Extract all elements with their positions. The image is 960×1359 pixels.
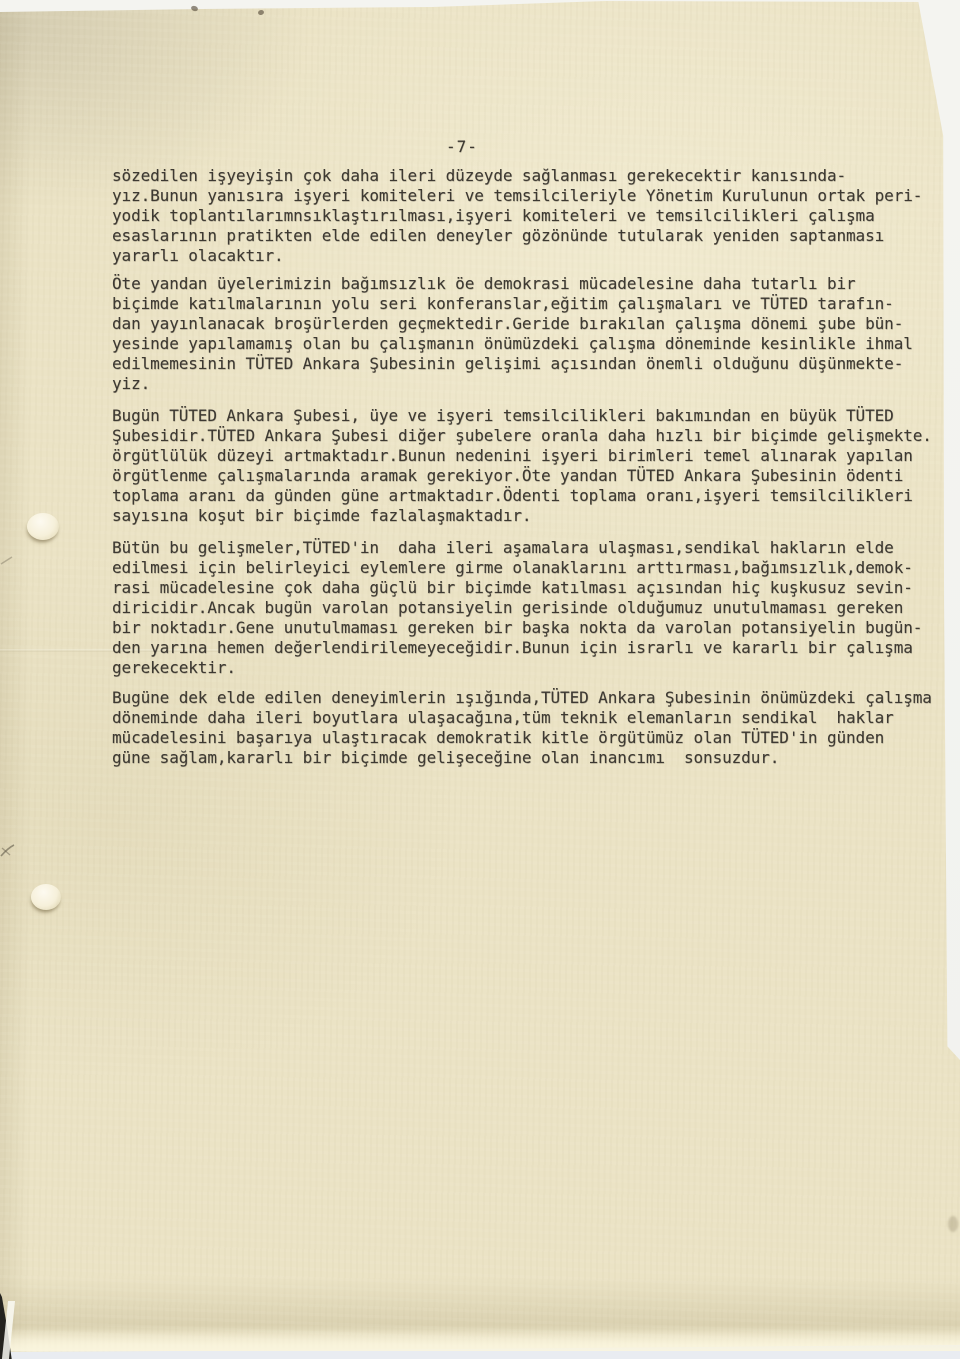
paragraph-3: Bugün TÜTED Ankara Şubesi, üye ve işyeri…	[112, 406, 952, 526]
scanned-page: -7- sözedilen işyeyişin çok daha ileri d…	[0, 0, 960, 1359]
paper-smudge	[948, 1216, 958, 1232]
page-number: -7-	[446, 138, 478, 156]
scanner-background-bottom	[0, 1341, 960, 1359]
paragraph-5: Bugüne dek elde edilen deneyimlerin ışığ…	[112, 688, 952, 768]
paragraph-2: Öte yandan üyelerimizin bağımsızlık öe d…	[112, 274, 952, 394]
paper-speck	[257, 9, 264, 15]
pen-mark	[0, 840, 20, 864]
document-body: sözedilen işyeyişin çok daha ileri düzey…	[112, 166, 952, 768]
pen-mark	[0, 552, 16, 568]
paper-bump-hole	[31, 884, 61, 910]
paragraph-1: sözedilen işyeyişin çok daha ileri düzey…	[112, 166, 952, 266]
paper-bump-hole	[27, 513, 59, 540]
scanner-background-top	[0, 0, 960, 14]
paragraph-4: Bütün bu gelişmeler,TÜTED'in daha ileri …	[112, 538, 952, 678]
